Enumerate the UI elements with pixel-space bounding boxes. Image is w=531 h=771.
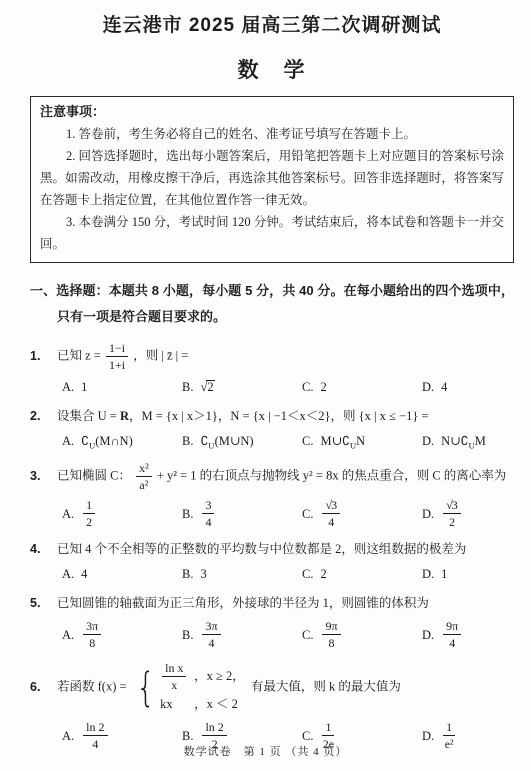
complement-pre: N∪∁: [441, 434, 468, 448]
fraction-denominator: a²: [136, 477, 152, 492]
fraction: 3π4: [202, 619, 220, 650]
option-label: B.: [182, 505, 193, 523]
option-d: D.N∪∁UM: [422, 432, 486, 450]
option-value: 4: [441, 378, 447, 396]
fraction-numerator: 3π: [83, 619, 101, 635]
exam-subject: 数 学: [30, 54, 514, 84]
question-6-number: 6.: [30, 678, 57, 697]
option-b: B.√2: [182, 378, 302, 396]
question-4-options: A.4 B.3 C.2 D.1: [30, 565, 514, 583]
option-c: C.9π8: [302, 619, 422, 650]
fraction: 9π8: [322, 619, 340, 650]
option-label: B.: [182, 565, 193, 583]
fraction-denominator: 8: [322, 635, 340, 650]
fraction-denominator: 4: [443, 635, 461, 650]
notice-item-1: 1. 答卷前，考生务必将自己的姓名、准考证号填写在答题卡上。: [40, 123, 504, 145]
option-value: ∁U(M∪N): [200, 432, 253, 450]
fraction-numerator: ln 2: [202, 720, 226, 736]
fraction-numerator: 9π: [443, 619, 461, 635]
option-label: C.: [302, 378, 313, 396]
question-3-stem: 已知椭圆 C： x²a² + y² = 1 的右顶点与抛物线 y² = 8x 的…: [57, 461, 514, 492]
notice-heading: 注意事项：: [40, 101, 504, 123]
fraction: √34: [322, 498, 340, 529]
set-r-symbol: R: [120, 409, 129, 423]
option-label: D.: [422, 565, 434, 583]
question-6-row: 6. 若函数 f(x) = { ln xx，x ≥ 2， kx，x ＜ 2 有最…: [30, 661, 514, 714]
option-label: B.: [182, 432, 193, 450]
notice-item-2: 2. 回答选择题时，选出每小题答案后，用铅笔把答题卡上对应题目的答案标号涂黑。如…: [40, 145, 504, 211]
option-a: A.4: [62, 565, 182, 583]
option-c: C.2: [302, 565, 422, 583]
option-label: C.: [302, 626, 313, 644]
question-2-row: 2. 设集合 U = R，M = {x | x＞1}，N = {x | −1＜x…: [30, 407, 514, 426]
fraction: 12: [83, 498, 95, 529]
complement-post: (M∩N): [95, 434, 133, 448]
option-label: C.: [302, 565, 313, 583]
question-3-options: A.12 B.34 C.√34 D.√32: [30, 498, 514, 529]
piecewise-rows: ln xx，x ≥ 2， kx，x ＜ 2: [160, 661, 245, 714]
question-3-row: 3. 已知椭圆 C： x²a² + y² = 1 的右顶点与抛物线 y² = 8…: [30, 461, 514, 492]
question-6-stem: 若函数 f(x) = { ln xx，x ≥ 2， kx，x ＜ 2 有最大值，…: [57, 661, 514, 714]
complement-post: (M∪N): [215, 434, 254, 448]
fraction-denominator: 2: [443, 514, 461, 529]
option-a: A.1: [62, 378, 182, 396]
option-label: C.: [302, 727, 313, 745]
fraction: ln xx: [162, 661, 186, 692]
question-4-number: 4.: [30, 540, 57, 559]
stem-text: 已知椭圆 C：: [57, 468, 131, 482]
stem-text: 有最大值，则 k 的最大值为: [251, 679, 401, 693]
option-a: A.12: [62, 498, 182, 529]
question-5: 5. 已知圆锥的轴截面为正三角形，外接球的半径为 1，则圆锥的体积为 A.3π8…: [30, 594, 514, 650]
page-footer: 数学试卷 第 1 页 （共 4 页）: [0, 743, 531, 759]
question-2: 2. 设集合 U = R，M = {x | x＞1}，N = {x | −1＜x…: [30, 407, 514, 450]
fraction-numerator: 9π: [322, 619, 340, 635]
notice-item-3: 3. 本卷满分 150 分，考试时间 120 分钟。考试结束后，将本试卷和答题卡…: [40, 211, 504, 255]
fraction-denominator: 2: [83, 514, 95, 529]
option-label: D.: [422, 505, 434, 523]
option-value: ∁U(M∩N): [81, 432, 133, 450]
option-value: √2: [200, 378, 214, 396]
option-b: B.3π4: [182, 619, 302, 650]
question-2-number: 2.: [30, 407, 57, 426]
fraction-denominator: 8: [83, 635, 101, 650]
question-5-stem: 已知圆锥的轴截面为正三角形，外接球的半径为 1，则圆锥的体积为: [57, 594, 514, 613]
question-5-row: 5. 已知圆锥的轴截面为正三角形，外接球的半径为 1，则圆锥的体积为: [30, 594, 514, 613]
question-4-stem: 已知 4 个不全相等的正整数的平均数与中位数都是 2，则这组数据的极差为: [57, 540, 514, 559]
option-label: B.: [182, 626, 193, 644]
option-value: 3: [200, 565, 206, 583]
fraction: x²a²: [136, 461, 152, 492]
option-value: 2: [320, 565, 326, 583]
radicand: 3: [452, 498, 458, 512]
option-label: A.: [62, 505, 74, 523]
piecewise-expression: kx: [160, 695, 194, 714]
left-brace: {: [136, 665, 155, 711]
complement-pre: ∁: [81, 434, 89, 448]
option-label: A.: [62, 378, 74, 396]
fraction-numerator: x²: [136, 461, 152, 477]
option-a: A.∁U(M∩N): [62, 432, 182, 450]
option-value: 1: [441, 565, 447, 583]
fraction-numerator: 3: [202, 498, 214, 514]
question-2-stem: 设集合 U = R，M = {x | x＞1}，N = {x | −1＜x＜2}…: [57, 407, 514, 426]
option-c: C.2: [302, 378, 422, 396]
piecewise-condition: ，x ≥ 2，: [194, 667, 245, 686]
option-value: 4: [81, 565, 87, 583]
option-label: B.: [182, 727, 193, 745]
fraction-numerator: √3: [322, 498, 340, 514]
question-1-options: A.1 B.√2 C.2 D.4: [30, 378, 514, 396]
option-label: C.: [302, 432, 313, 450]
exam-title: 连云港市 2025 届高三第二次调研测试: [30, 10, 514, 37]
fraction: 3π8: [83, 619, 101, 650]
fraction-numerator: 1−i: [106, 341, 128, 357]
fraction: √32: [443, 498, 461, 529]
stem-text: + y² = 1 的右顶点与抛物线 y² = 8x 的焦点重合，则 C 的离心率…: [157, 468, 506, 482]
question-5-number: 5.: [30, 594, 57, 613]
stem-text: 已知 z =: [57, 348, 101, 362]
fraction-numerator: √3: [443, 498, 461, 514]
complement-pre: M∪∁: [320, 434, 350, 448]
option-label: A.: [62, 432, 74, 450]
option-d: D.9π4: [422, 619, 463, 650]
fraction-denominator: 4: [322, 514, 340, 529]
stem-text: ，M = {x | x＞1}，N = {x | −1＜x＜2}，则 {x | x…: [129, 409, 429, 423]
fraction-numerator: 1: [83, 498, 95, 514]
question-1: 1. 已知 z = 1−i1+i ，则 | z̄ | = A.1 B.√2 C.…: [30, 341, 514, 396]
question-3: 3. 已知椭圆 C： x²a² + y² = 1 的右顶点与抛物线 y² = 8…: [30, 461, 514, 529]
question-4-row: 4. 已知 4 个不全相等的正整数的平均数与中位数都是 2，则这组数据的极差为: [30, 540, 514, 559]
fraction-numerator: 1: [322, 720, 334, 736]
section-1-header: 一、选择题：本题共 8 小题，每小题 5 分，共 40 分。在每小题给出的四个选…: [30, 278, 514, 330]
question-4: 4. 已知 4 个不全相等的正整数的平均数与中位数都是 2，则这组数据的极差为 …: [30, 540, 514, 583]
option-label: A.: [62, 565, 74, 583]
piecewise-expression: ln xx: [160, 661, 194, 692]
radicand: 2: [206, 380, 214, 394]
question-1-row: 1. 已知 z = 1−i1+i ，则 | z̄ | =: [30, 341, 514, 372]
exam-page: 连云港市 2025 届高三第二次调研测试 数 学 注意事项： 1. 答卷前，考生…: [0, 0, 531, 771]
piecewise-row-1: ln xx，x ≥ 2，: [160, 661, 245, 692]
question-1-stem: 已知 z = 1−i1+i ，则 | z̄ | =: [57, 341, 514, 372]
option-label: D.: [422, 626, 434, 644]
fraction-numerator: ln 2: [83, 720, 107, 736]
option-c: C.M∪∁UN: [302, 432, 422, 450]
fraction-denominator: 1+i: [106, 357, 128, 372]
fraction: 9π4: [443, 619, 461, 650]
option-a: A.3π8: [62, 619, 182, 650]
option-b: B.∁U(M∪N): [182, 432, 302, 450]
option-c: C.√34: [302, 498, 422, 529]
option-value: M∪∁UN: [320, 432, 365, 450]
option-d: D.√32: [422, 498, 463, 529]
complement-post: N: [356, 434, 365, 448]
option-d: D.4: [422, 378, 447, 396]
fraction-numerator: ln x: [162, 661, 186, 677]
question-1-number: 1.: [30, 347, 57, 366]
question-3-number: 3.: [30, 467, 57, 486]
option-label: C.: [302, 505, 313, 523]
question-6: 6. 若函数 f(x) = { ln xx，x ≥ 2， kx，x ＜ 2 有最…: [30, 661, 514, 751]
question-5-options: A.3π8 B.3π4 C.9π8 D.9π4: [30, 619, 514, 650]
option-label: D.: [422, 378, 434, 396]
piecewise-condition: ，x ＜ 2: [194, 695, 238, 714]
option-value: 1: [81, 378, 87, 396]
stem-text: 设集合 U =: [57, 409, 120, 423]
option-label: A.: [62, 727, 74, 745]
option-value: N∪∁UM: [441, 432, 486, 450]
fraction-numerator: 3π: [202, 619, 220, 635]
complement-post: M: [475, 434, 486, 448]
fraction: 1−i1+i: [106, 341, 128, 372]
stem-text: ，则 | z̄ | =: [133, 348, 188, 362]
fraction-numerator: 1: [443, 720, 455, 736]
fraction: 34: [202, 498, 214, 529]
option-value: 2: [320, 378, 326, 396]
option-label: D.: [422, 727, 434, 745]
radicand: 3: [331, 498, 337, 512]
option-label: A.: [62, 626, 74, 644]
piecewise-row-2: kx，x ＜ 2: [160, 695, 245, 714]
question-2-options: A.∁U(M∩N) B.∁U(M∪N) C.M∪∁UN D.N∪∁UM: [30, 432, 514, 450]
piecewise-function: { ln xx，x ≥ 2， kx，x ＜ 2: [133, 661, 245, 714]
notice-box: 注意事项： 1. 答卷前，考生务必将自己的姓名、准考证号填写在答题卡上。 2. …: [30, 96, 514, 263]
option-label: D.: [422, 432, 434, 450]
fraction-denominator: 4: [202, 514, 214, 529]
option-b: B.3: [182, 565, 302, 583]
option-b: B.34: [182, 498, 302, 529]
option-label: B.: [182, 378, 193, 396]
option-d: D.1: [422, 565, 447, 583]
fraction-denominator: x: [162, 677, 186, 692]
fraction-denominator: 4: [202, 635, 220, 650]
stem-text: 若函数 f(x) =: [57, 679, 127, 693]
